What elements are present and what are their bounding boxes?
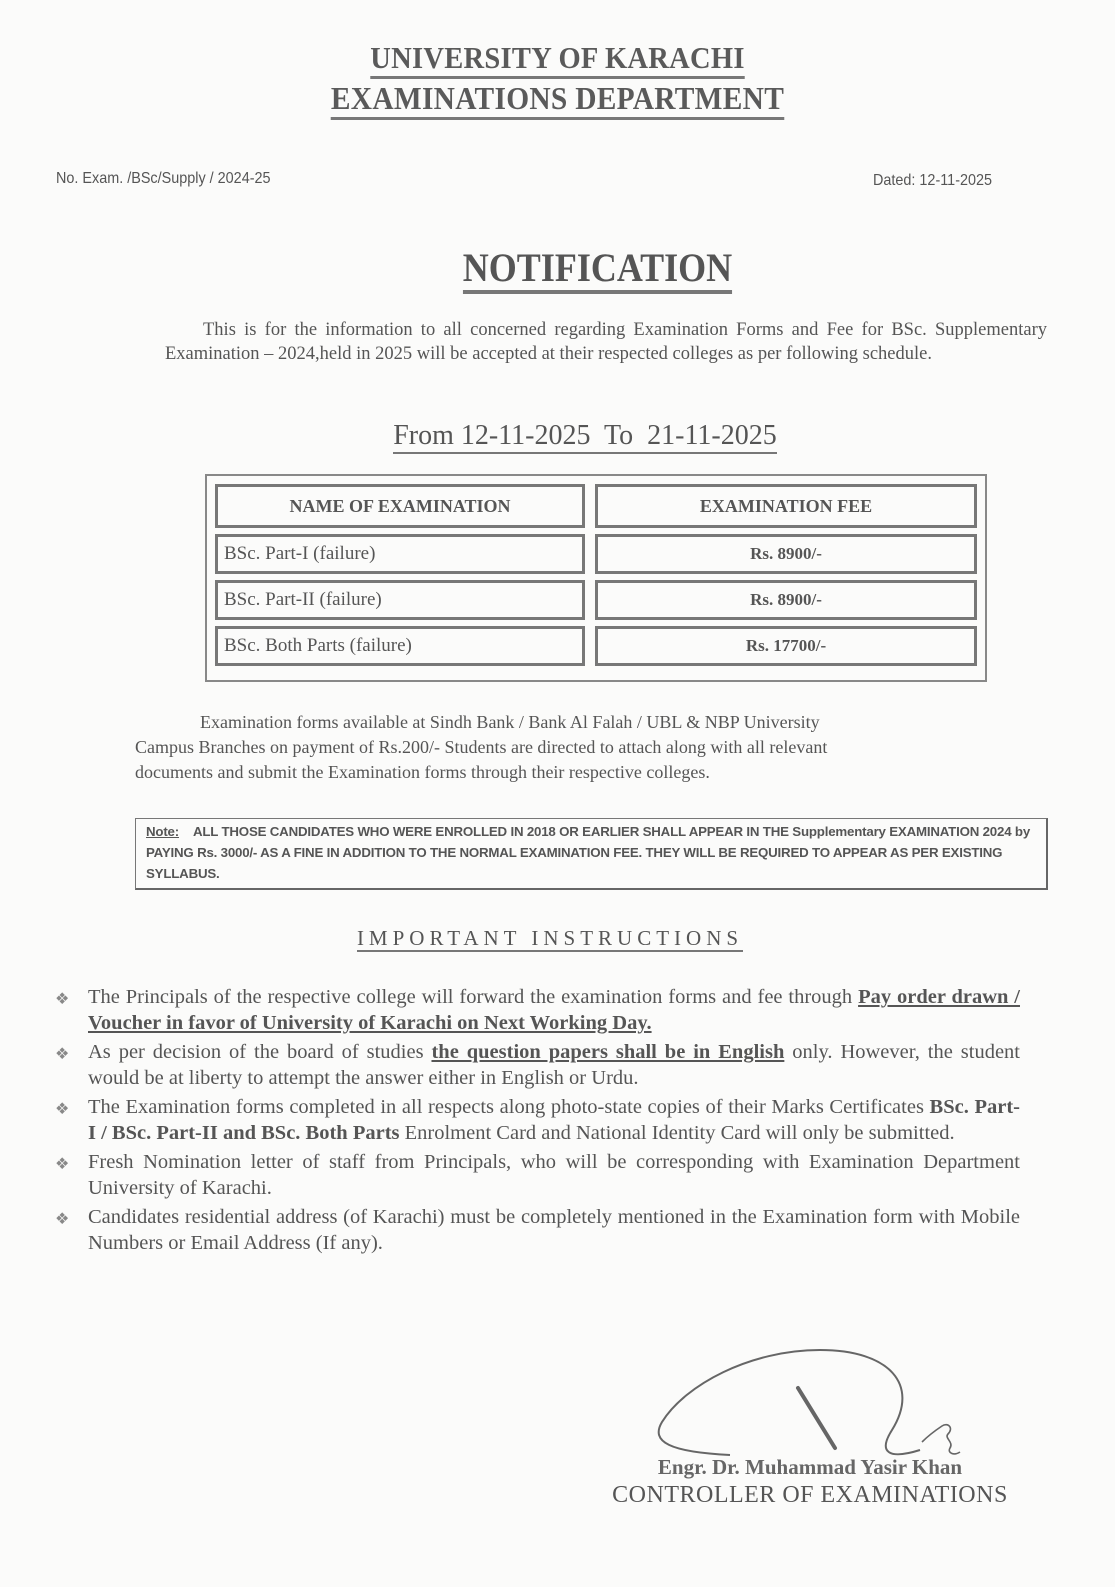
university-name: UNIVERSITY OF KARACHI <box>45 40 1071 76</box>
notification-title: NOTIFICATION <box>60 244 1115 291</box>
exam-name-cell: BSc. Part-II (failure) <box>215 580 585 620</box>
exam-fee-cell: Rs. 17700/- <box>595 626 977 666</box>
column-header-exam-name: NAME OF EXAMINATION <box>215 484 585 528</box>
exam-fee-cell: Rs. 8900/- <box>595 534 977 574</box>
note-label: Note: <box>146 824 179 839</box>
instruction-item: ❖ Fresh Nomination letter of staff from … <box>55 1149 1020 1201</box>
instructions-heading: IMPORTANT INSTRUCTIONS <box>0 926 1100 951</box>
note-text: ALL THOSE CANDIDATES WHO WERE ENROLLED I… <box>146 824 1030 881</box>
exam-fee-cell: Rs. 8900/- <box>595 580 977 620</box>
diamond-bullet-icon: ❖ <box>55 1096 69 1116</box>
department-name: EXAMINATIONS DEPARTMENT <box>45 80 1071 117</box>
exam-name-cell: BSc. Both Parts (failure) <box>215 626 585 666</box>
forms-paragraph-line-3: documents and submit the Examination for… <box>135 760 710 784</box>
diamond-bullet-icon: ❖ <box>55 986 69 1006</box>
reference-number: No. Exam. /BSc/Supply / 2024-25 <box>56 170 271 188</box>
fee-table: NAME OF EXAMINATION EXAMINATION FEE BSc.… <box>205 474 987 682</box>
instruction-emphasis: the question papers shall be in English <box>431 1041 784 1063</box>
signatory-designation: CONTROLLER OF EXAMINATIONS <box>560 1482 1060 1509</box>
instruction-item: ❖ The Principals of the respective colle… <box>55 984 1020 1036</box>
instructions-list: ❖ The Principals of the respective colle… <box>55 984 1020 1259</box>
diamond-bullet-icon: ❖ <box>55 1151 69 1171</box>
instruction-item: ❖ Candidates residential address (of Kar… <box>55 1204 1020 1256</box>
table-row: BSc. Part-II (failure) Rs. 8900/- <box>215 580 977 620</box>
diamond-bullet-icon: ❖ <box>55 1206 69 1226</box>
table-row: BSc. Both Parts (failure) Rs. 17700/- <box>215 626 977 666</box>
note-box: Note: ALL THOSE CANDIDATES WHO WERE ENRO… <box>135 818 1048 890</box>
column-header-exam-fee: EXAMINATION FEE <box>595 484 977 528</box>
forms-paragraph-line-1: Examination forms available at Sindh Ban… <box>200 710 820 734</box>
exam-name-cell: BSc. Part-I (failure) <box>215 534 585 574</box>
forms-paragraph-line-2: Campus Branches on payment of Rs.200/- S… <box>135 735 827 759</box>
signatory-name: Engr. Dr. Muhammad Yasir Khan <box>560 1455 1060 1480</box>
diamond-bullet-icon: ❖ <box>55 1041 69 1061</box>
schedule-dates: From 12-11-2025 To 21-11-2025 <box>0 420 1115 452</box>
instruction-item: ❖ As per decision of the board of studie… <box>55 1039 1020 1091</box>
date-label: Dated: 12-11-2025 <box>873 172 992 190</box>
intro-paragraph: This is for the information to all conce… <box>165 318 1047 366</box>
instruction-item: ❖ The Examination forms completed in all… <box>55 1094 1020 1146</box>
fee-table-header: NAME OF EXAMINATION EXAMINATION FEE <box>215 484 977 528</box>
signature-icon <box>630 1330 980 1460</box>
table-row: BSc. Part-I (failure) Rs. 8900/- <box>215 534 977 574</box>
